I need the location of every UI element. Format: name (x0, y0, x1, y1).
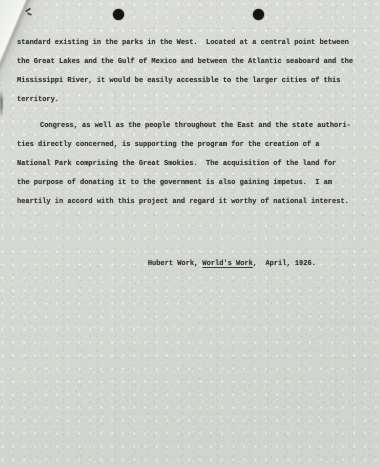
pencil-mark (24, 7, 33, 16)
text-line: National Park comprising the Great Smoki… (17, 155, 363, 174)
text-line: the purpose of donating it to the govern… (17, 174, 363, 193)
paragraph: standard existing in the parks in the We… (17, 34, 363, 110)
citation-author: Hubert Work, (148, 260, 203, 268)
paragraph: Congress, as well as the people througho… (17, 117, 363, 212)
typewritten-text-block: standard existing in the parks in the We… (17, 34, 363, 212)
text-line: Mississippi River, it would be easily ac… (17, 72, 363, 91)
citation-title: World's Work (202, 260, 252, 268)
text-line: Congress, as well as the people througho… (17, 117, 363, 136)
citation-suffix: , April, 1926. (253, 260, 316, 268)
text-line: ties directly concerned, is supporting t… (17, 136, 363, 155)
scanned-document-page: standard existing in the parks in the We… (0, 0, 380, 467)
text-line: the Great Lakes and the Gulf of Mexico a… (17, 53, 363, 72)
text-line: territory. (17, 91, 363, 110)
citation-line: Hubert Work, World's Work, April, 1926. (131, 236, 316, 293)
left-edge-shadow (0, 90, 3, 118)
text-line: heartily in accord with this project and… (17, 193, 363, 212)
text-line: standard existing in the parks in the We… (17, 34, 363, 53)
punch-hole-left (113, 9, 124, 20)
punch-hole-right (253, 9, 264, 20)
